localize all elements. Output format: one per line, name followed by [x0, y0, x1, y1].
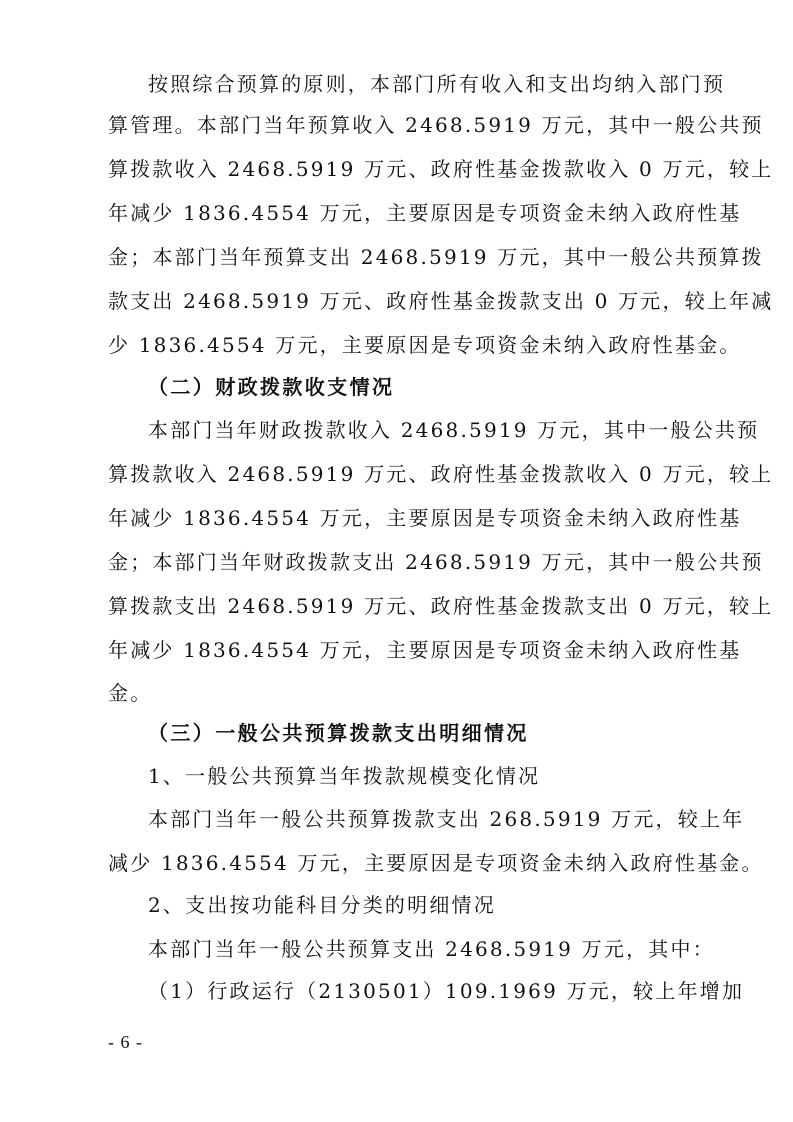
- subheading-functional-classification: 2、支出按功能科目分类的明细情况: [148, 892, 686, 918]
- text-line: 金；本部门当年预算支出 2468.5919 万元，其中一般公共预算拨: [108, 244, 686, 270]
- text-line: 本部门当年一般公共预算拨款支出 268.5919 万元，较上年: [148, 806, 686, 832]
- page-number: - 6 -: [108, 1031, 143, 1053]
- text-line: 款支出 2468.5919 万元、政府性基金拨款支出 0 万元，较上年减: [108, 288, 686, 314]
- paragraph-general-budget-total: 本部门当年一般公共预算支出 2468.5919 万元，其中：: [148, 936, 686, 962]
- text-line: 金；本部门当年财政拨款支出 2468.5919 万元，其中一般公共预: [108, 549, 686, 575]
- text-line: 年减少 1836.4554 万元，主要原因是专项资金未纳入政府性基: [108, 200, 686, 226]
- text-line: 年减少 1836.4554 万元，主要原因是专项资金未纳入政府性基: [108, 637, 686, 663]
- text-line: 算拨款收入 2468.5919 万元、政府性基金拨款收入 0 万元，较上: [108, 156, 686, 182]
- text-line: 算拨款收入 2468.5919 万元、政府性基金拨款收入 0 万元，较上: [108, 461, 686, 487]
- text-line: 年减少 1836.4554 万元，主要原因是专项资金未纳入政府性基: [108, 505, 686, 531]
- text-line: （1）行政运行（2130501）109.1969 万元，较上年增加: [148, 978, 686, 1004]
- section-heading-fiscal-appropriation: （二）财政拨款收支情况: [148, 374, 686, 400]
- text-line: 算管理。本部门当年预算收入 2468.5919 万元，其中一般公共预: [108, 112, 686, 138]
- subheading-scale-change: 1、一般公共预算当年拨款规模变化情况: [148, 763, 686, 789]
- text-line: 本部门当年财政拨款收入 2468.5919 万元，其中一般公共预: [148, 417, 686, 443]
- text-line: 少 1836.4554 万元，主要原因是专项资金未纳入政府性基金。: [108, 332, 686, 358]
- text-line: 算拨款支出 2468.5919 万元、政府性基金拨款支出 0 万元，较上: [108, 593, 686, 619]
- section-heading-general-budget-detail: （三）一般公共预算拨款支出明细情况: [148, 720, 686, 746]
- text-line: 金。: [108, 680, 686, 706]
- document-page: 按照综合预算的原则，本部门所有收入和支出均纳入部门预 算管理。本部门当年预算收入…: [0, 0, 793, 1122]
- text-line: 按照综合预算的原则，本部门所有收入和支出均纳入部门预: [148, 71, 686, 97]
- text-line: 减少 1836.4554 万元，主要原因是专项资金未纳入政府性基金。: [108, 850, 686, 876]
